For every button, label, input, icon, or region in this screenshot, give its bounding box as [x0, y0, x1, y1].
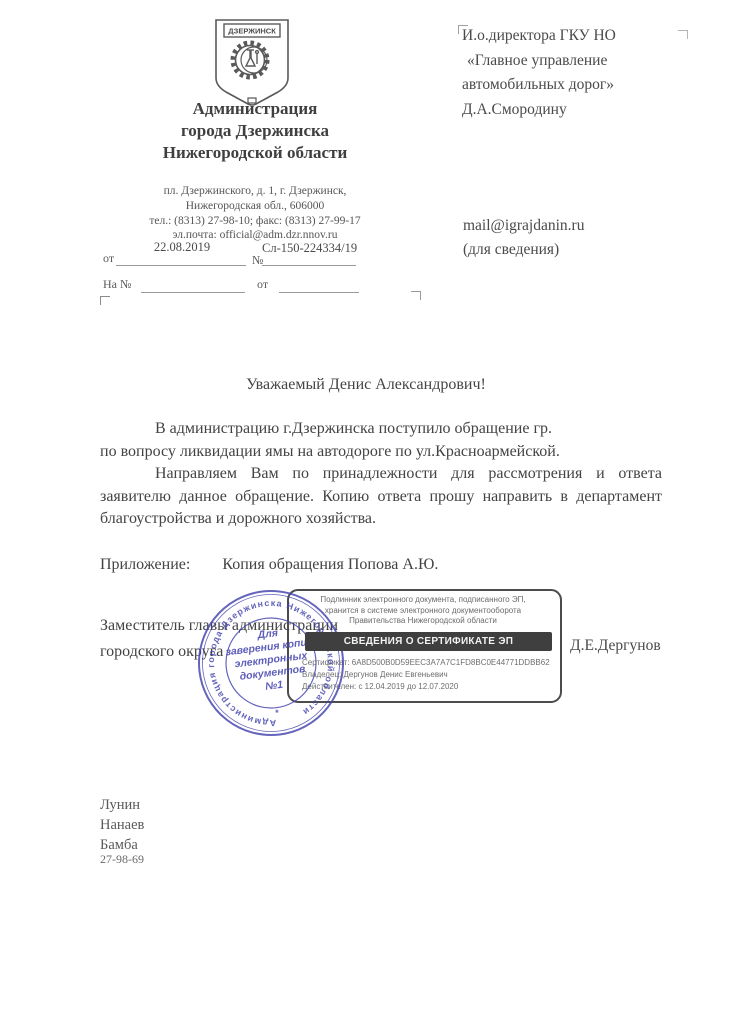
organization-name: Администрация города Дзержинска Нижегоро… — [95, 98, 415, 164]
reply-date-underline — [279, 291, 359, 293]
date-underline — [116, 264, 246, 266]
address-line: тел.: (8313) 27-98-10; факс: (8313) 27-9… — [75, 214, 435, 229]
letter-body: В администрацию г.Дзержинска поступило о… — [100, 418, 662, 531]
executor-phone: 27-98-69 — [100, 852, 144, 867]
recipient-line: И.о.директора ГКУ НО — [462, 24, 702, 49]
salutation: Уважаемый Денис Александрович! — [86, 376, 646, 394]
recipient-email-block: mail@igrajdanin.ru (для сведения) — [463, 214, 703, 262]
email-note: (для сведения) — [463, 238, 703, 262]
executor-contacts: Лунин Нанаев Бамба — [100, 795, 144, 855]
date-label: от — [103, 251, 114, 266]
org-name-line: города Дзержинска — [95, 120, 415, 142]
org-name-line: Администрация — [95, 98, 415, 120]
recipient-line: автомобильных дорог» — [462, 73, 702, 98]
executor-name: Нанаев — [100, 815, 144, 835]
signer-name: Д.Е.Дергунов — [570, 637, 661, 655]
certificate-title: СВЕДЕНИЯ О СЕРТИФИКАТЕ ЭП — [344, 636, 513, 647]
attachment-label: Приложение: — [100, 556, 190, 573]
address-line: Нижегородская обл., 606000 — [75, 199, 435, 214]
stamp-bottom-mark: * — [275, 707, 280, 717]
body-paragraph: по вопросу ликвидации ямы на автодороге … — [100, 441, 662, 464]
reply-ref-label: На № — [103, 277, 131, 292]
reply-number-underline — [141, 291, 245, 293]
letter-date: 22.08.2019 — [118, 240, 246, 255]
recipient-line: «Главное управление — [462, 49, 702, 74]
emblem-city-label: ДЗЕРЖИНСК — [228, 27, 276, 36]
org-name-line: Нижегородской области — [95, 142, 415, 164]
organization-address: пл. Дзержинского, д. 1, г. Дзержинск, Ни… — [75, 184, 435, 243]
corner-mark — [411, 291, 421, 300]
letter-number: Сл-150-224334/19 — [262, 241, 412, 256]
attachment-line: Приложение:Копия обращения Попова А.Ю. — [100, 556, 660, 574]
attachment-value: Копия обращения Попова А.Ю. — [222, 556, 438, 573]
recipient-block: И.о.директора ГКУ НО «Главное управление… — [462, 24, 702, 122]
number-underline — [262, 264, 356, 266]
city-coat-of-arms: ДЗЕРЖИНСК — [202, 16, 302, 108]
certificate-title-bar: СВЕДЕНИЯ О СЕРТИФИКАТЕ ЭП — [305, 632, 552, 651]
recipient-name: Д.А.Смородину — [462, 98, 702, 123]
corner-mark — [100, 296, 110, 305]
body-paragraph: Направляем Вам по принадлежности для рас… — [100, 463, 662, 531]
body-paragraph: В администрацию г.Дзержинска поступило о… — [100, 418, 662, 441]
address-line: пл. Дзержинского, д. 1, г. Дзержинск, — [75, 184, 435, 199]
recipient-email: mail@igrajdanin.ru — [463, 214, 703, 238]
gear-icon — [233, 43, 267, 77]
reply-date-label: от — [257, 277, 268, 292]
flask-icon — [246, 50, 258, 66]
executor-name: Лунин — [100, 795, 144, 815]
